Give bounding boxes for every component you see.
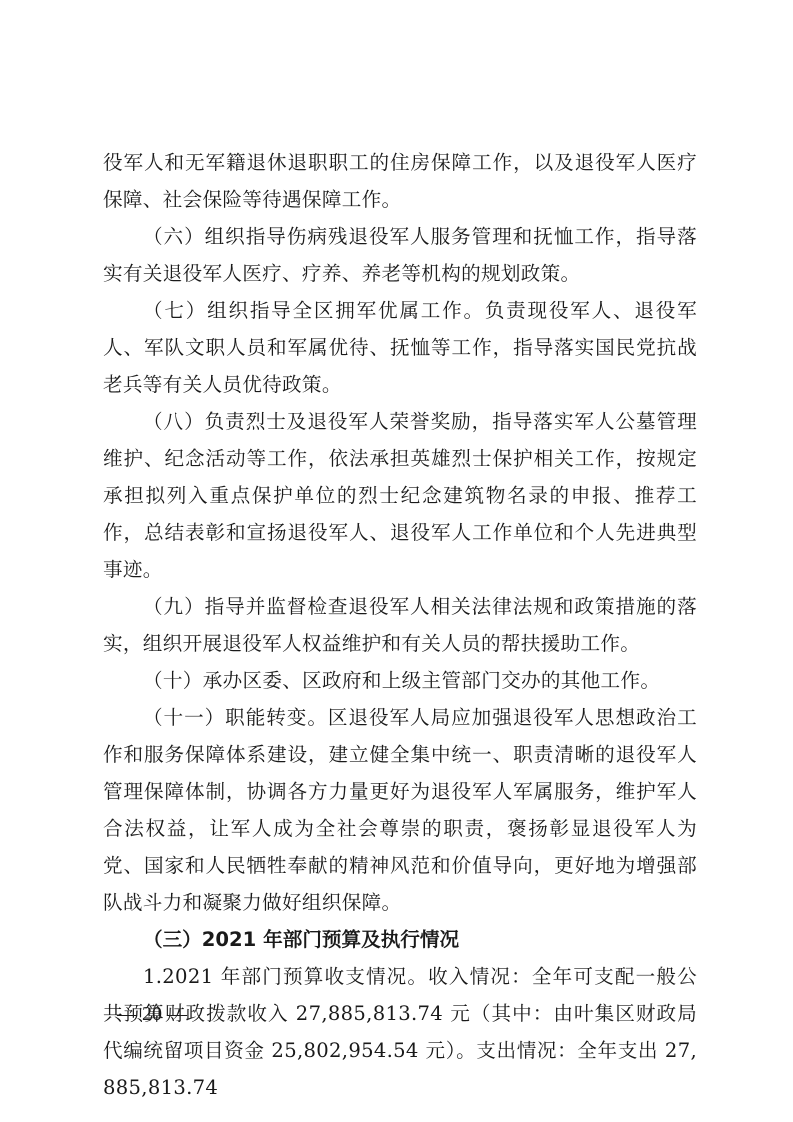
- paragraph-item-9: （九）指导并监督检查退役军人相关法律法规和政策措施的落实，组织开展退役军人权益维…: [103, 588, 697, 662]
- paragraph-item-8: （八）负责烈士及退役军人荣誉奖励，指导落实军人公墓管理维护、纪念活动等工作，依法…: [103, 403, 697, 588]
- paragraph-item-6: （六）组织指导伤病残退役军人服务管理和抚恤工作，指导落实有关退役军人医疗、疗养、…: [103, 218, 697, 292]
- page-number: — 20 —: [117, 1000, 187, 1028]
- document-body: 役军人和无军籍退休退职职工的住房保障工作，以及退役军人医疗保障、社会保险等待遇保…: [103, 144, 697, 1106]
- paragraph-item-7: （七）组织指导全区拥军优属工作。负责现役军人、退役军人、军队文职人员和军属优待、…: [103, 292, 697, 403]
- section-heading-budget-execution: （三）2021 年部门预算及执行情况: [103, 921, 697, 958]
- paragraph-continuation-housing-security: 役军人和无军籍退休退职职工的住房保障工作，以及退役军人医疗保障、社会保险等待遇保…: [103, 144, 697, 218]
- paragraph-item-11: （十一）职能转变。区退役军人局应加强退役军人思想政治工作和服务保障体系建设，建立…: [103, 699, 697, 921]
- paragraph-budget-income-expenditure: 1.2021 年部门预算收支情况。收入情况：全年可支配一般公共预算财政拨款收入 …: [103, 958, 697, 1106]
- paragraph-item-10: （十）承办区委、区政府和上级主管部门交办的其他工作。: [103, 662, 697, 699]
